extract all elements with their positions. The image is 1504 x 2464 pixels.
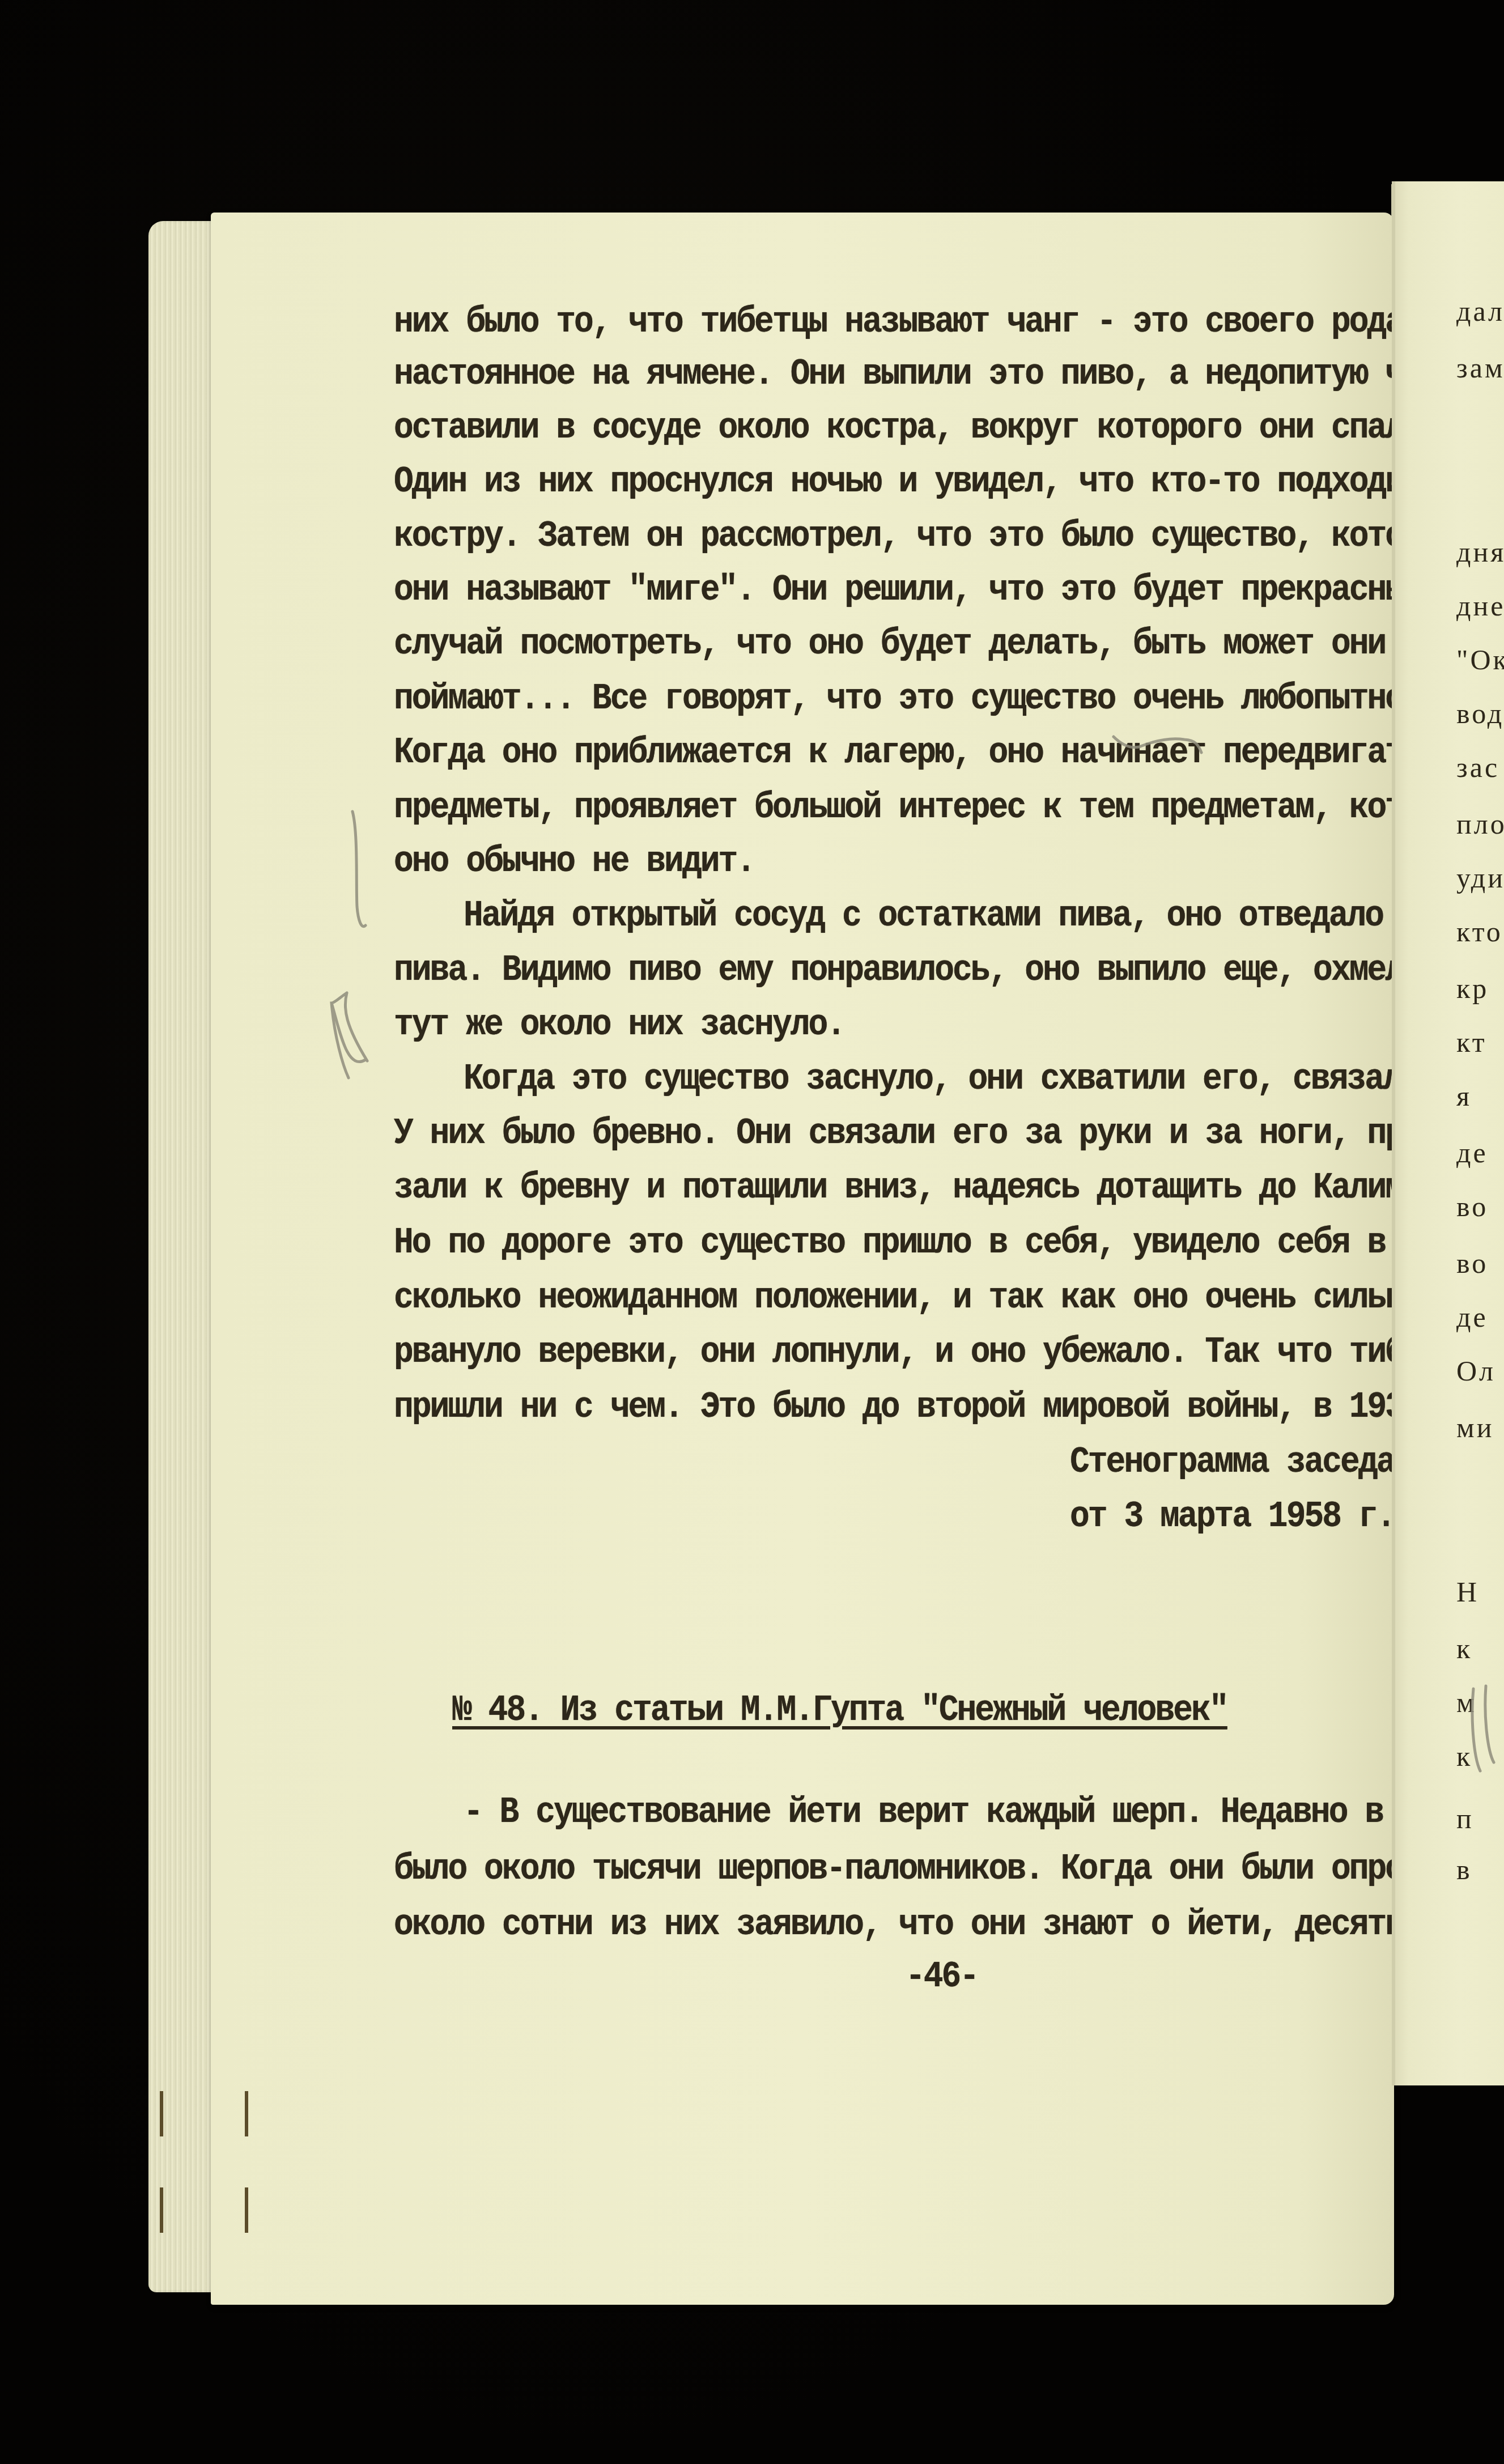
text-line: У них было бревно. Они связали его за ру…: [394, 1113, 1475, 1154]
binding-thread: [245, 2091, 248, 2136]
text-line: пришли ни с чем. Это было до второй миро…: [394, 1387, 1504, 1428]
text-line: рвануло веревки, они лопнули, и оно убеж…: [394, 1332, 1475, 1373]
text-line: оно обычно не видит.: [394, 841, 754, 882]
text-line: Когда оно приближается к лагерю, оно нач…: [394, 732, 1421, 774]
next-page-fragment: ми: [1456, 1411, 1494, 1444]
next-page-surface: [1395, 181, 1504, 2085]
text-line: оставили в сосуде около костра, вокруг к…: [394, 407, 1439, 449]
next-page-fragment: "Ок: [1456, 643, 1504, 676]
page-stack-edges: [148, 221, 216, 2292]
text-line: них было то, что тибетцы называют чанг -…: [394, 301, 1504, 343]
next-page-fragment: п: [1456, 1802, 1474, 1835]
text-line: тут же около них заснуло.: [394, 1004, 844, 1046]
next-page-fragment: дне: [1456, 589, 1504, 622]
binding-thread: [160, 2187, 163, 2233]
text-line: Один из них проснулся ночью и увидел, чт…: [394, 461, 1458, 503]
text-line: они называют "миге". Они решили, что это…: [394, 570, 1421, 611]
next-page-fragment: во: [1456, 1247, 1488, 1280]
next-page-fragment: вод: [1456, 697, 1504, 730]
next-page-fragment: к: [1456, 1740, 1472, 1773]
next-page-fragment: я: [1456, 1080, 1472, 1112]
text-line: сколько неожиданном положении, и так как…: [394, 1277, 1458, 1319]
next-page-fragment: кт: [1456, 1026, 1486, 1059]
next-page-fragment: дня:: [1456, 536, 1504, 568]
text-line: костру. Затем он рассмотрел, что это был…: [394, 516, 1458, 557]
next-page-fragment: Н: [1456, 1575, 1479, 1608]
signature-line-2: от 3 марта 1958 г.: [1070, 1496, 1395, 1537]
page-gutter: [1392, 181, 1395, 2085]
section-text-line: около сотни из них заявило, что они знаю…: [394, 1904, 1504, 1945]
next-page-fragment: уди: [1456, 861, 1504, 894]
text-line: Когда это существо заснуло, они схватили…: [464, 1059, 1437, 1100]
section-heading: № 48. Из статьи М.М.Гупта "Снежный челов…: [452, 1690, 1227, 1731]
next-page-fragment: зами: [1456, 351, 1504, 384]
text-line: зали к бревну и потащили вниз, надеясь д…: [394, 1167, 1504, 1209]
binding-thread: [245, 2187, 248, 2233]
text-line: случай посмотреть, что оно будет делать,…: [394, 623, 1458, 665]
next-page-fragment: дали: [1456, 295, 1504, 328]
text-line: Но по дороге это существо пришло в себя,…: [394, 1222, 1458, 1264]
page-number: -46-: [906, 1956, 978, 1998]
text-line: предметы, проявляет большой интерес к те…: [394, 787, 1475, 829]
next-page-fragment: Ол: [1456, 1354, 1495, 1387]
next-page-fragment: кр: [1456, 972, 1489, 1005]
binding-thread: [160, 2091, 163, 2136]
text-line: пива. Видимо пиво ему понравилось, оно в…: [394, 950, 1493, 991]
section-text-line: - В существование йети верит каждый шерп…: [464, 1792, 1504, 1833]
next-page-fragment: де: [1456, 1136, 1488, 1169]
section-text-line: было около тысячи шерпов-паломников. Ког…: [394, 1849, 1493, 1890]
next-page-fragment: к: [1456, 1632, 1472, 1665]
next-page-fragment: в: [1456, 1853, 1472, 1886]
next-page-fragment: кто: [1456, 915, 1503, 948]
next-page-fragment: во: [1456, 1190, 1488, 1223]
next-page-fragment: пло: [1456, 808, 1504, 840]
next-page-fragment: де: [1456, 1301, 1488, 1333]
next-page-fragment: м: [1456, 1686, 1477, 1719]
text-line: поймают... Все говорят, что это существо…: [394, 678, 1421, 720]
next-page-fragment: зас: [1456, 751, 1499, 784]
text-line: настоянное на ячмене. Они выпили это пив…: [394, 354, 1475, 395]
text-line: Найдя открытый сосуд с остатками пива, о…: [464, 895, 1491, 937]
